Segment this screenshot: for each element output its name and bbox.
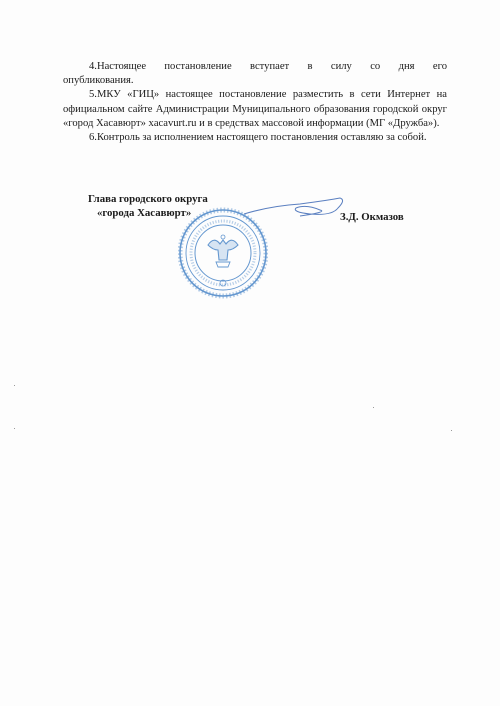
paragraph-6: 6.Контроль за исполнением настоящего пос… [63, 131, 447, 145]
scan-speck [451, 430, 452, 431]
paragraph-5-text: 5.МКУ «ГИЦ» настоящее постановление разм… [63, 89, 447, 128]
scan-speck [373, 407, 374, 408]
paragraph-4-first-line: 4.Настоящее постановление вступает в сил… [89, 61, 447, 72]
signatory-title-line1: Глава городского округа [88, 193, 208, 205]
paragraph-4: 4.Настоящее постановление вступает в сил… [63, 60, 447, 88]
scan-speck [14, 385, 15, 386]
scan-speck [14, 428, 15, 429]
paragraph-6-text: 6.Контроль за исполнением настоящего пос… [89, 132, 427, 143]
document-body: 4.Настоящее постановление вступает в сил… [63, 60, 447, 145]
signatory-title-line2: «города Хасавюрт» [97, 207, 191, 219]
paragraph-4-rest: опубликования. [63, 75, 134, 86]
document-page: 4.Настоящее постановление вступает в сил… [0, 0, 500, 706]
paragraph-5: 5.МКУ «ГИЦ» настоящее постановление разм… [63, 88, 447, 131]
signatory-name: З.Д. Окмазов [340, 211, 404, 223]
handwritten-signature-icon [240, 190, 350, 230]
